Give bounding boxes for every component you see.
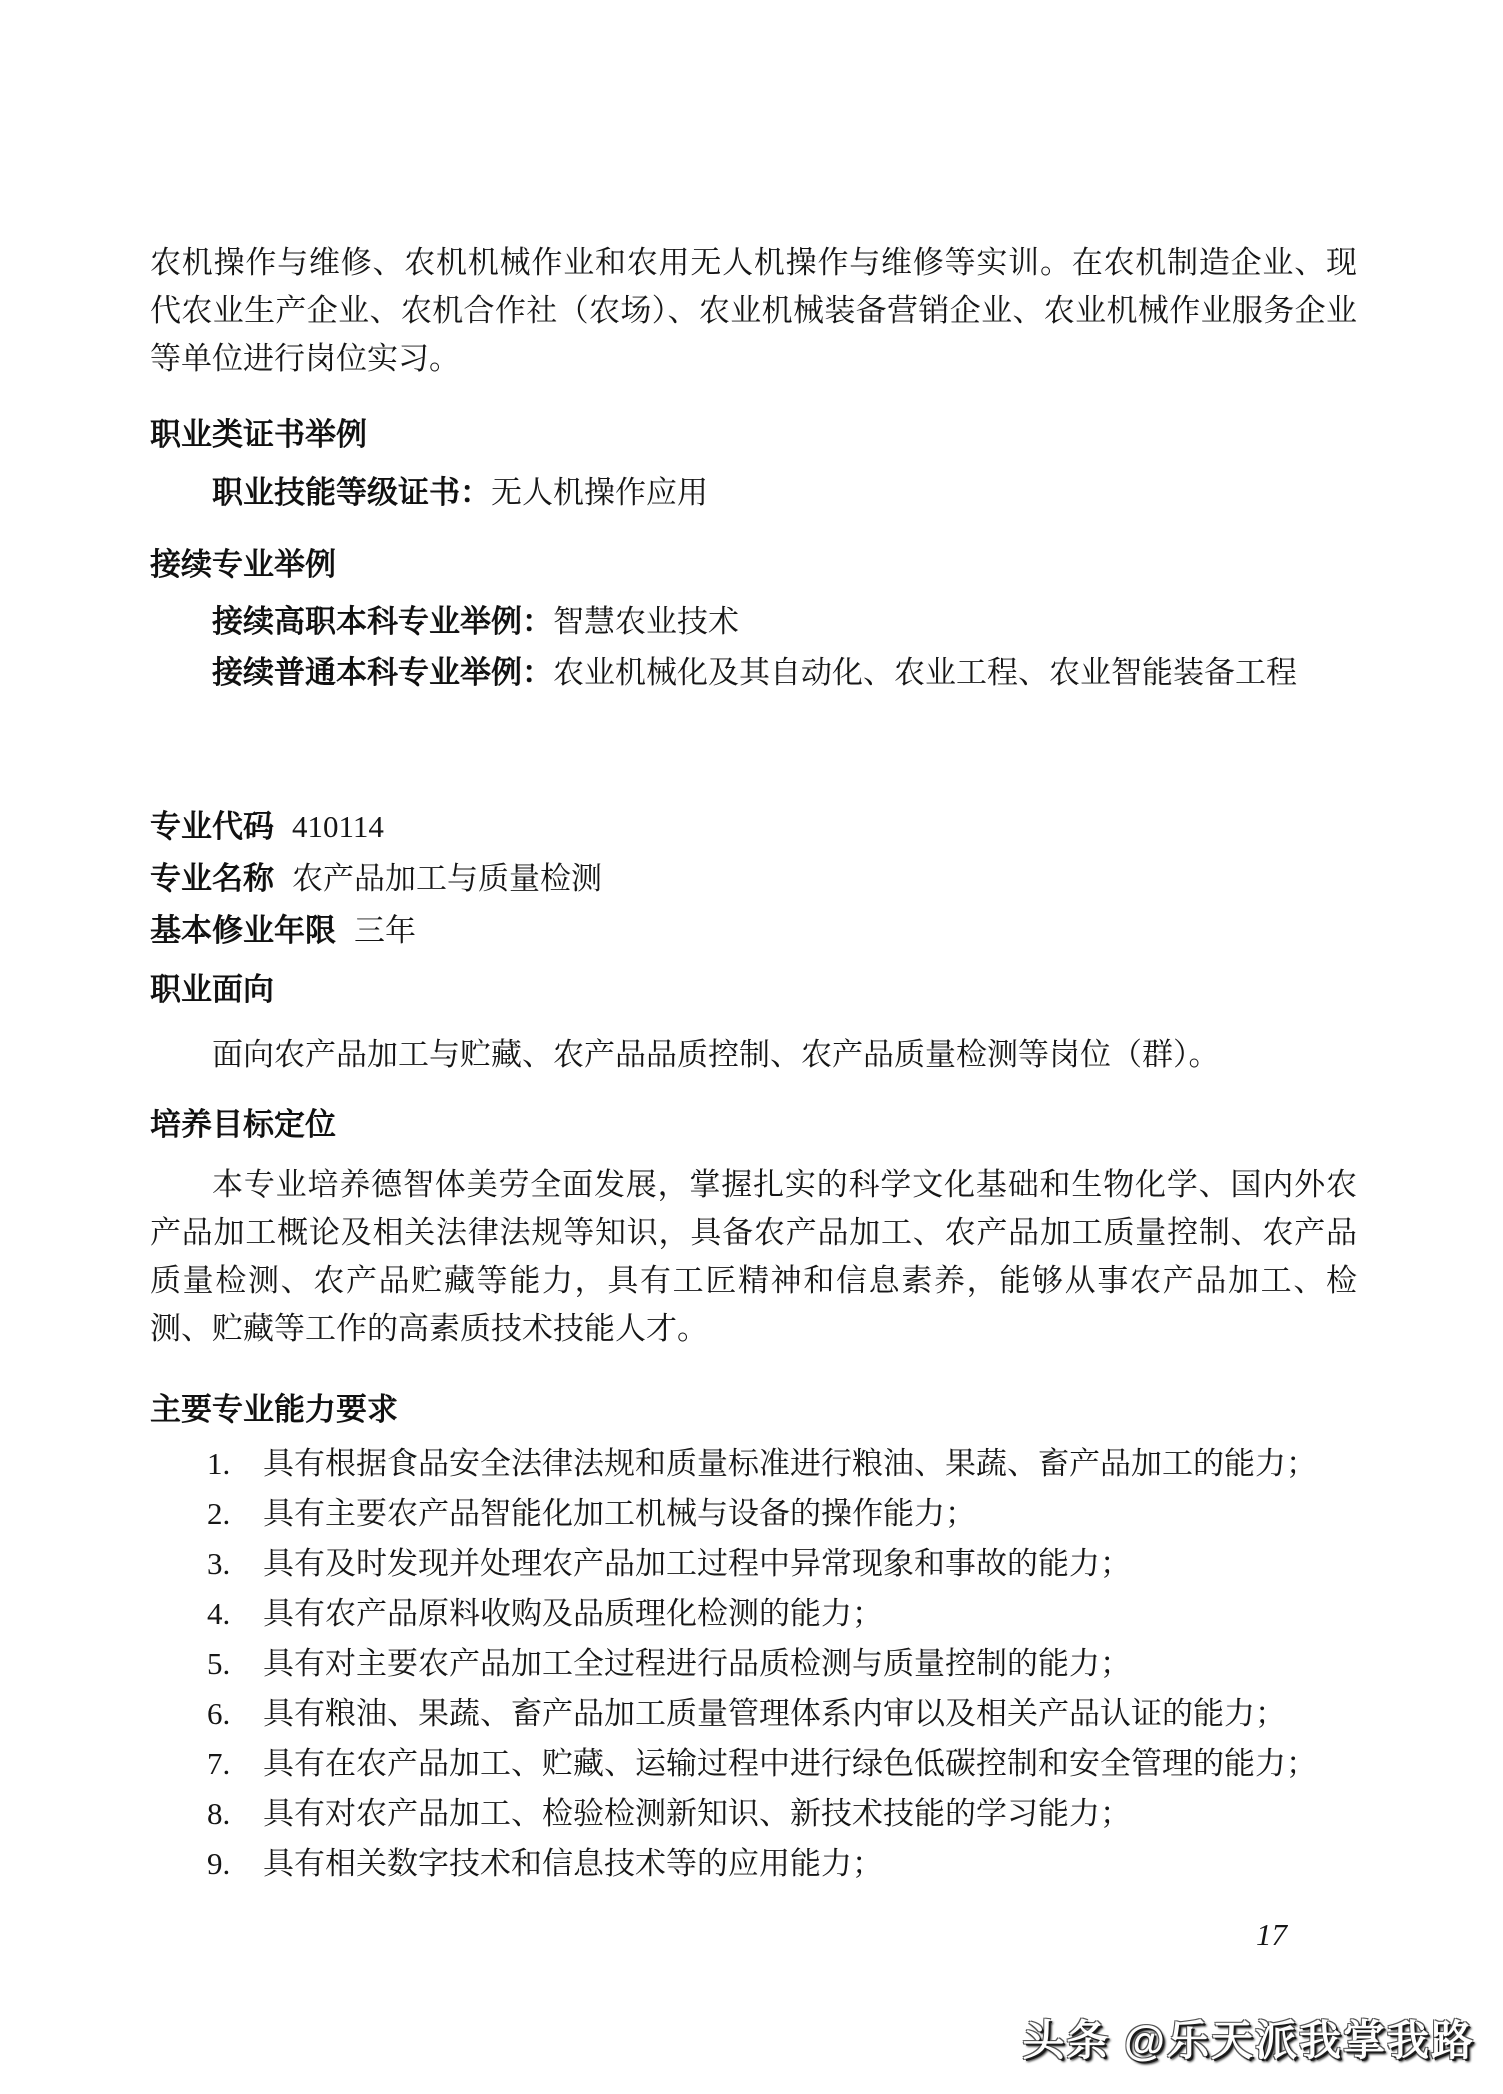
ability-item-number: 2. [207, 1489, 263, 1539]
ability-item: 9.具有相关数字技术和信息技术等的应用能力； [207, 1839, 1357, 1889]
ability-item: 5.具有对主要农产品加工全过程进行品质检测与质量控制的能力； [207, 1639, 1357, 1689]
document-page: 农机操作与维修、农机机械作业和农用无人机操作与维修等实训。在农机制造企业、现代农… [0, 0, 1503, 2094]
continuing-item-label: 接续普通本科专业举例： [212, 655, 553, 690]
watermark-text: 头条 @乐天派我掌我路 [1022, 2016, 1475, 2066]
ability-item-number: 7. [207, 1739, 263, 1789]
ability-item: 7.具有在农产品加工、贮藏、运输过程中进行绿色低碳控制和安全管理的能力； [207, 1739, 1357, 1789]
major-code-value: 410114 [292, 809, 384, 844]
ability-item-number: 4. [207, 1589, 263, 1639]
ability-item-number: 6. [207, 1689, 263, 1739]
ability-item: 8.具有对农产品加工、检验检测新知识、新技术技能的学习能力； [207, 1789, 1357, 1839]
ability-item-text: 具有对农产品加工、检验检测新知识、新技术技能的学习能力； [263, 1789, 1131, 1839]
document-content: 农机操作与维修、农机机械作业和农用无人机操作与维修等实训。在农机制造企业、现代农… [0, 0, 1503, 1959]
ability-item: 1.具有根据食品安全法律法规和质量标准进行粮油、果蔬、畜产品加工的能力； [207, 1439, 1357, 1489]
major-duration-row: 基本修业年限三年 [150, 905, 1357, 957]
ability-item: 2.具有主要农产品智能化加工机械与设备的操作能力； [207, 1489, 1357, 1539]
heading-training-objective: 培养目标定位 [150, 1101, 1357, 1149]
ability-item-number: 5. [207, 1639, 263, 1689]
ability-requirements-list: 1.具有根据食品安全法律法规和质量标准进行粮油、果蔬、畜产品加工的能力； 2.具… [150, 1439, 1357, 1889]
certificate-item-value: 无人机操作应用 [491, 475, 708, 510]
certificate-item-label: 职业技能等级证书： [212, 475, 491, 510]
ability-item-number: 8. [207, 1789, 263, 1839]
ability-item-text: 具有在农产品加工、贮藏、运输过程中进行绿色低碳控制和安全管理的能力； [263, 1739, 1317, 1789]
major-code-label: 专业代码 [150, 809, 274, 844]
major-name-value: 农产品加工与质量检测 [292, 861, 602, 896]
major-name-label: 专业名称 [150, 861, 274, 896]
major-code-row: 专业代码410114 [150, 801, 1357, 853]
major-duration-label: 基本修业年限 [150, 913, 336, 948]
ability-item-text: 具有主要农产品智能化加工机械与设备的操作能力； [263, 1489, 976, 1539]
heading-continuing-majors: 接续专业举例 [150, 541, 1357, 589]
ability-item: 6.具有粮油、果蔬、畜产品加工质量管理体系内审以及相关产品认证的能力； [207, 1689, 1357, 1739]
heading-career-orientation: 职业面向 [150, 966, 1357, 1014]
major-name-row: 专业名称农产品加工与质量检测 [150, 853, 1357, 905]
training-objective-paragraph: 本专业培养德智体美劳全面发展，掌握扎实的科学文化基础和生物化学、国内外农产品加工… [150, 1161, 1357, 1353]
certificate-item: 职业技能等级证书：无人机操作应用 [212, 469, 1357, 517]
ability-item-number: 9. [207, 1839, 263, 1889]
heading-certificates: 职业类证书举例 [150, 411, 1357, 459]
ability-item: 3.具有及时发现并处理农产品加工过程中异常现象和事故的能力； [207, 1539, 1357, 1589]
ability-item-text: 具有对主要农产品加工全过程进行品质检测与质量控制的能力； [263, 1639, 1131, 1689]
major-info-block: 专业代码410114 专业名称农产品加工与质量检测 基本修业年限三年 [150, 801, 1357, 957]
continuing-item-label: 接续高职本科专业举例： [212, 604, 553, 639]
ability-item-text: 具有及时发现并处理农产品加工过程中异常现象和事故的能力； [263, 1539, 1131, 1589]
major-duration-value: 三年 [354, 913, 416, 948]
ability-item-text: 具有相关数字技术和信息技术等的应用能力； [263, 1839, 883, 1889]
page-number: 17 [150, 1911, 1357, 1959]
career-orientation-text: 面向农产品加工与贮藏、农产品品质控制、农产品质量检测等岗位（群）。 [150, 1031, 1357, 1079]
continuing-item: 接续普通本科专业举例：农业机械化及其自动化、农业工程、农业智能装备工程 [212, 649, 1357, 697]
continuing-item: 接续高职本科专业举例：智慧农业技术 [212, 598, 1357, 646]
continuing-item-value: 农业机械化及其自动化、农业工程、农业智能装备工程 [553, 655, 1297, 690]
intro-paragraph: 农机操作与维修、农机机械作业和农用无人机操作与维修等实训。在农机制造企业、现代农… [150, 239, 1357, 383]
ability-item-text: 具有根据食品安全法律法规和质量标准进行粮油、果蔬、畜产品加工的能力； [263, 1439, 1317, 1489]
continuing-item-value: 智慧农业技术 [553, 604, 739, 639]
ability-item-number: 3. [207, 1539, 263, 1589]
ability-item: 4.具有农产品原料收购及品质理化检测的能力； [207, 1589, 1357, 1639]
ability-item-text: 具有粮油、果蔬、畜产品加工质量管理体系内审以及相关产品认证的能力； [263, 1689, 1286, 1739]
ability-item-text: 具有农产品原料收购及品质理化检测的能力； [263, 1589, 883, 1639]
ability-item-number: 1. [207, 1439, 263, 1489]
heading-ability-requirements: 主要专业能力要求 [150, 1386, 1357, 1434]
